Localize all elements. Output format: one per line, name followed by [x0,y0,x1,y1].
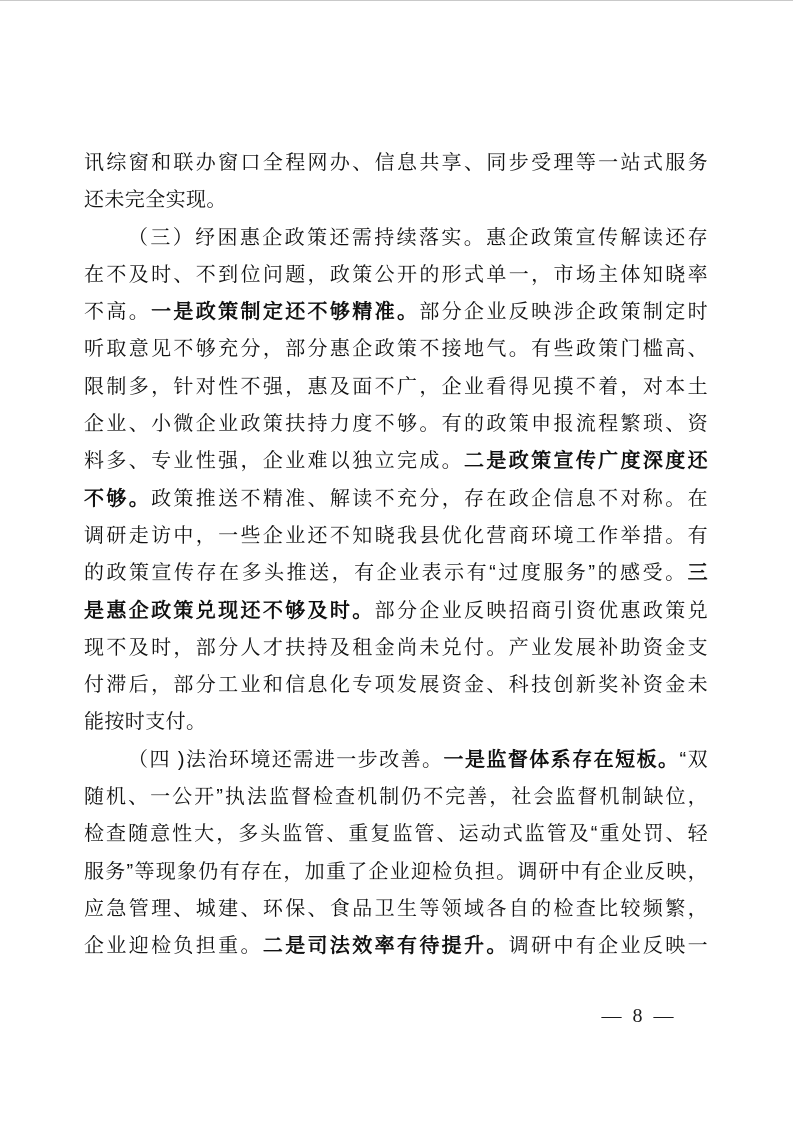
text-segment: 企业、小微企业政策扶持力度不够。有的政策申报流程繁琐、资 [84,413,708,435]
text-segment: 在不及时、不到位问题，政策公开的形式单一，市场主体知晓率 [84,264,708,286]
text-segment: 政策推送不精准、解读不充分，存在政企信息不对称。在 [151,488,708,510]
text-segment: 付滞后，部分工业和信息化专项发展资金、科技创新奖补资金未 [84,674,708,696]
text-segment: 还未完全实现。 [84,189,227,211]
text-line: （四 )法治环境还需进一步改善。一是监督体系存在短板。“双 [84,742,708,779]
text-segment: 部分企业反映招商引资优惠政策兑 [375,600,708,622]
scan-edge-artifact [0,0,793,1]
emphasis-text-segment: 二是司法效率有待提升。 [263,935,509,957]
text-line: （三）纾困惠企政策还需持续落实。惠企政策宣传解读还存 [84,220,708,257]
text-line: 是惠企政策兑现还不够及时。部分企业反映招商引资优惠政策兑 [84,593,708,630]
text-line: 检查随意性大，多头监管、重复监管、运动式监管及“重处罚、轻 [84,816,708,853]
text-segment: 现不及时，部分人才扶持及租金尚未兑付。产业发展补助资金支 [84,637,708,659]
text-segment: 听取意见不够充分，部分惠企政策不接地气。有些政策门槛高、 [84,338,708,360]
text-line: 不高。一是政策制定还不够精准。部分企业反映涉企政策制定时 [84,294,708,331]
text-segment: （三）纾困惠企政策还需持续落实。惠企政策宣传解读还存 [128,227,708,249]
text-line: 听取意见不够充分，部分惠企政策不接地气。有些政策门槛高、 [84,331,708,368]
text-line: 的政策宣传存在多头推送，有企业表示有“过度服务”的感受。三 [84,555,708,592]
text-line: 企业、小微企业政策扶持力度不够。有的政策申报流程繁琐、资 [84,406,708,443]
text-segment: （四 )法治环境还需进一步改善。 [128,749,443,771]
text-segment: 料多、专业性强，企业难以独立完成。 [84,450,464,472]
text-segment: 限制多，针对性不强，惠及面不广，企业看得见摸不着，对本土 [84,376,708,398]
text-line: 在不及时、不到位问题，政策公开的形式单一，市场主体知晓率 [84,257,708,294]
text-line: 应急管理、城建、环保、食品卫生等领域各自的检查比较频繁， [84,891,708,928]
text-line: 能按时支付。 [84,704,708,741]
text-segment: 调研走访中，一些企业还不知晓我县优化营商环境工作举措。有 [84,525,708,547]
text-segment: 随机、一公开”执法监督检查机制仍不完善，社会监督机制缺位， [84,786,708,808]
text-line: 讯综窗和联办窗口全程网办、信息共享、同步受理等一站式服务 [84,145,708,182]
text-segment: “双 [679,749,708,771]
text-segment: 部分企业反映涉企政策制定时 [419,301,708,323]
page-number: — 8 — [589,1002,689,1030]
text-segment: 不高。 [84,301,151,323]
text-segment: 讯综窗和联办窗口全程网办、信息共享、同步受理等一站式服务 [84,152,708,174]
text-segment: 应急管理、城建、环保、食品卫生等领域各自的检查比较频繁， [84,898,708,920]
text-segment: 调研中有企业反映一 [509,935,708,957]
text-line: 付滞后，部分工业和信息化专项发展资金、科技创新奖补资金未 [84,667,708,704]
emphasis-text-segment: 一是政策制定还不够精准。 [151,301,419,323]
text-segment: 能按时支付。 [84,711,206,733]
document-page: 讯综窗和联办窗口全程网办、信息共享、同步受理等一站式服务还未完全实现。（三）纾困… [0,0,793,1122]
text-line: 随机、一公开”执法监督检查机制仍不完善，社会监督机制缺位， [84,779,708,816]
text-line: 现不及时，部分人才扶持及租金尚未兑付。产业发展补助资金支 [84,630,708,667]
text-segment: 检查随意性大，多头监管、重复监管、运动式监管及“重处罚、轻 [84,823,708,845]
text-line: 不够。政策推送不精准、解读不充分，存在政企信息不对称。在 [84,481,708,518]
text-line: 企业迎检负担重。二是司法效率有待提升。调研中有企业反映一 [84,928,708,965]
text-line: 服务”等现象仍有存在，加重了企业迎检负担。调研中有企业反映， [84,854,708,891]
text-line: 调研走访中，一些企业还不知晓我县优化营商环境工作举措。有 [84,518,708,555]
emphasis-text-segment: 二是政策宣传广度深度还 [464,450,708,472]
text-line: 限制多，针对性不强，惠及面不广，企业看得见摸不着，对本土 [84,369,708,406]
text-line: 还未完全实现。 [84,182,708,219]
text-segment: 企业迎检负担重。 [84,935,263,957]
text-line: 料多、专业性强，企业难以独立完成。二是政策宣传广度深度还 [84,443,708,480]
emphasis-text-segment: 一是监督体系存在短板。 [443,749,679,771]
text-segment: 的政策宣传存在多头推送，有企业表示有“过度服务”的感受。 [84,562,688,584]
emphasis-text-segment: 不够。 [84,488,151,510]
text-segment: 服务”等现象仍有存在，加重了企业迎检负担。调研中有企业反映， [84,861,708,883]
emphasis-text-segment: 是惠企政策兑现还不够及时。 [84,600,375,622]
document-body: 讯综窗和联办窗口全程网办、信息共享、同步受理等一站式服务还未完全实现。（三）纾困… [84,145,708,966]
emphasis-text-segment: 三 [688,562,708,584]
